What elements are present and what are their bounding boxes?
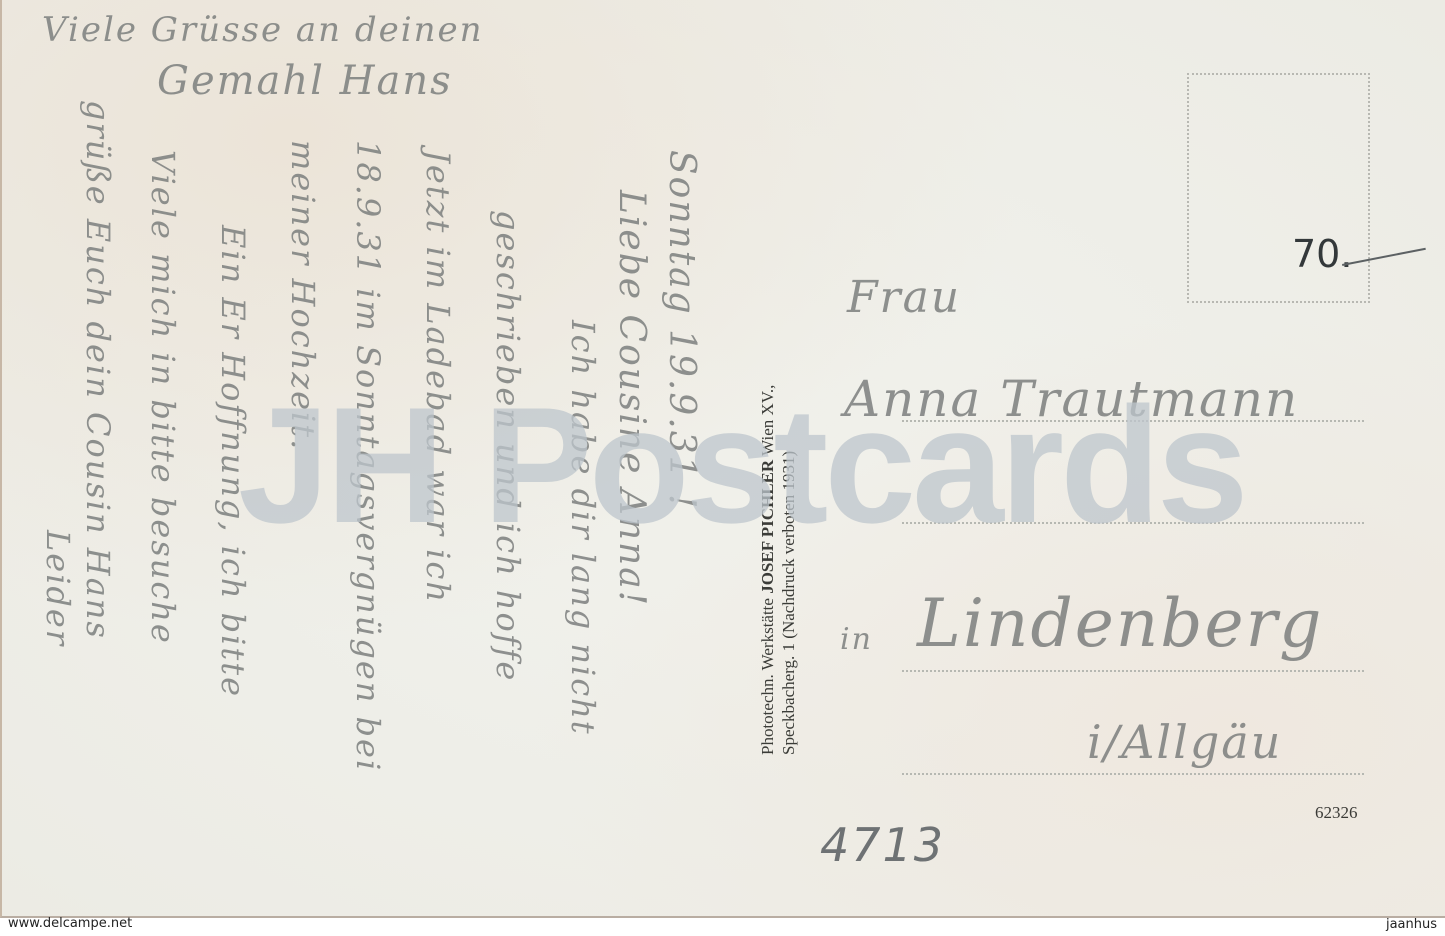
watermark: JH Postcards [238,385,1245,545]
postcard-back: 70. Frau Anna Trautmann in Lindenberg i/… [0,0,1445,918]
address-line-4 [902,773,1364,775]
greeting-line-2: Gemahl Hans [157,58,453,104]
inventory-number: 4713 [820,818,945,872]
source-watermark-right: jaanhus [1386,917,1437,932]
address-city-prefix: in [840,622,873,657]
message-line: Leider [39,530,77,647]
address-line-3 [902,670,1364,672]
message-line: Viele mich in bitte besuche [144,150,182,645]
address-region: i/Allgäu [1087,715,1282,769]
price-note: 70. [1292,232,1352,276]
card-serial: 62326 [1315,803,1358,823]
address-salutation: Frau [847,272,961,323]
address-city: Lindenberg [917,585,1323,662]
message-line: grüße Euch dein Cousin Hans [79,100,117,640]
source-watermark-left: www.delcampe.net [8,916,132,931]
greeting-line-1: Viele Grüsse an deinen [42,10,484,50]
